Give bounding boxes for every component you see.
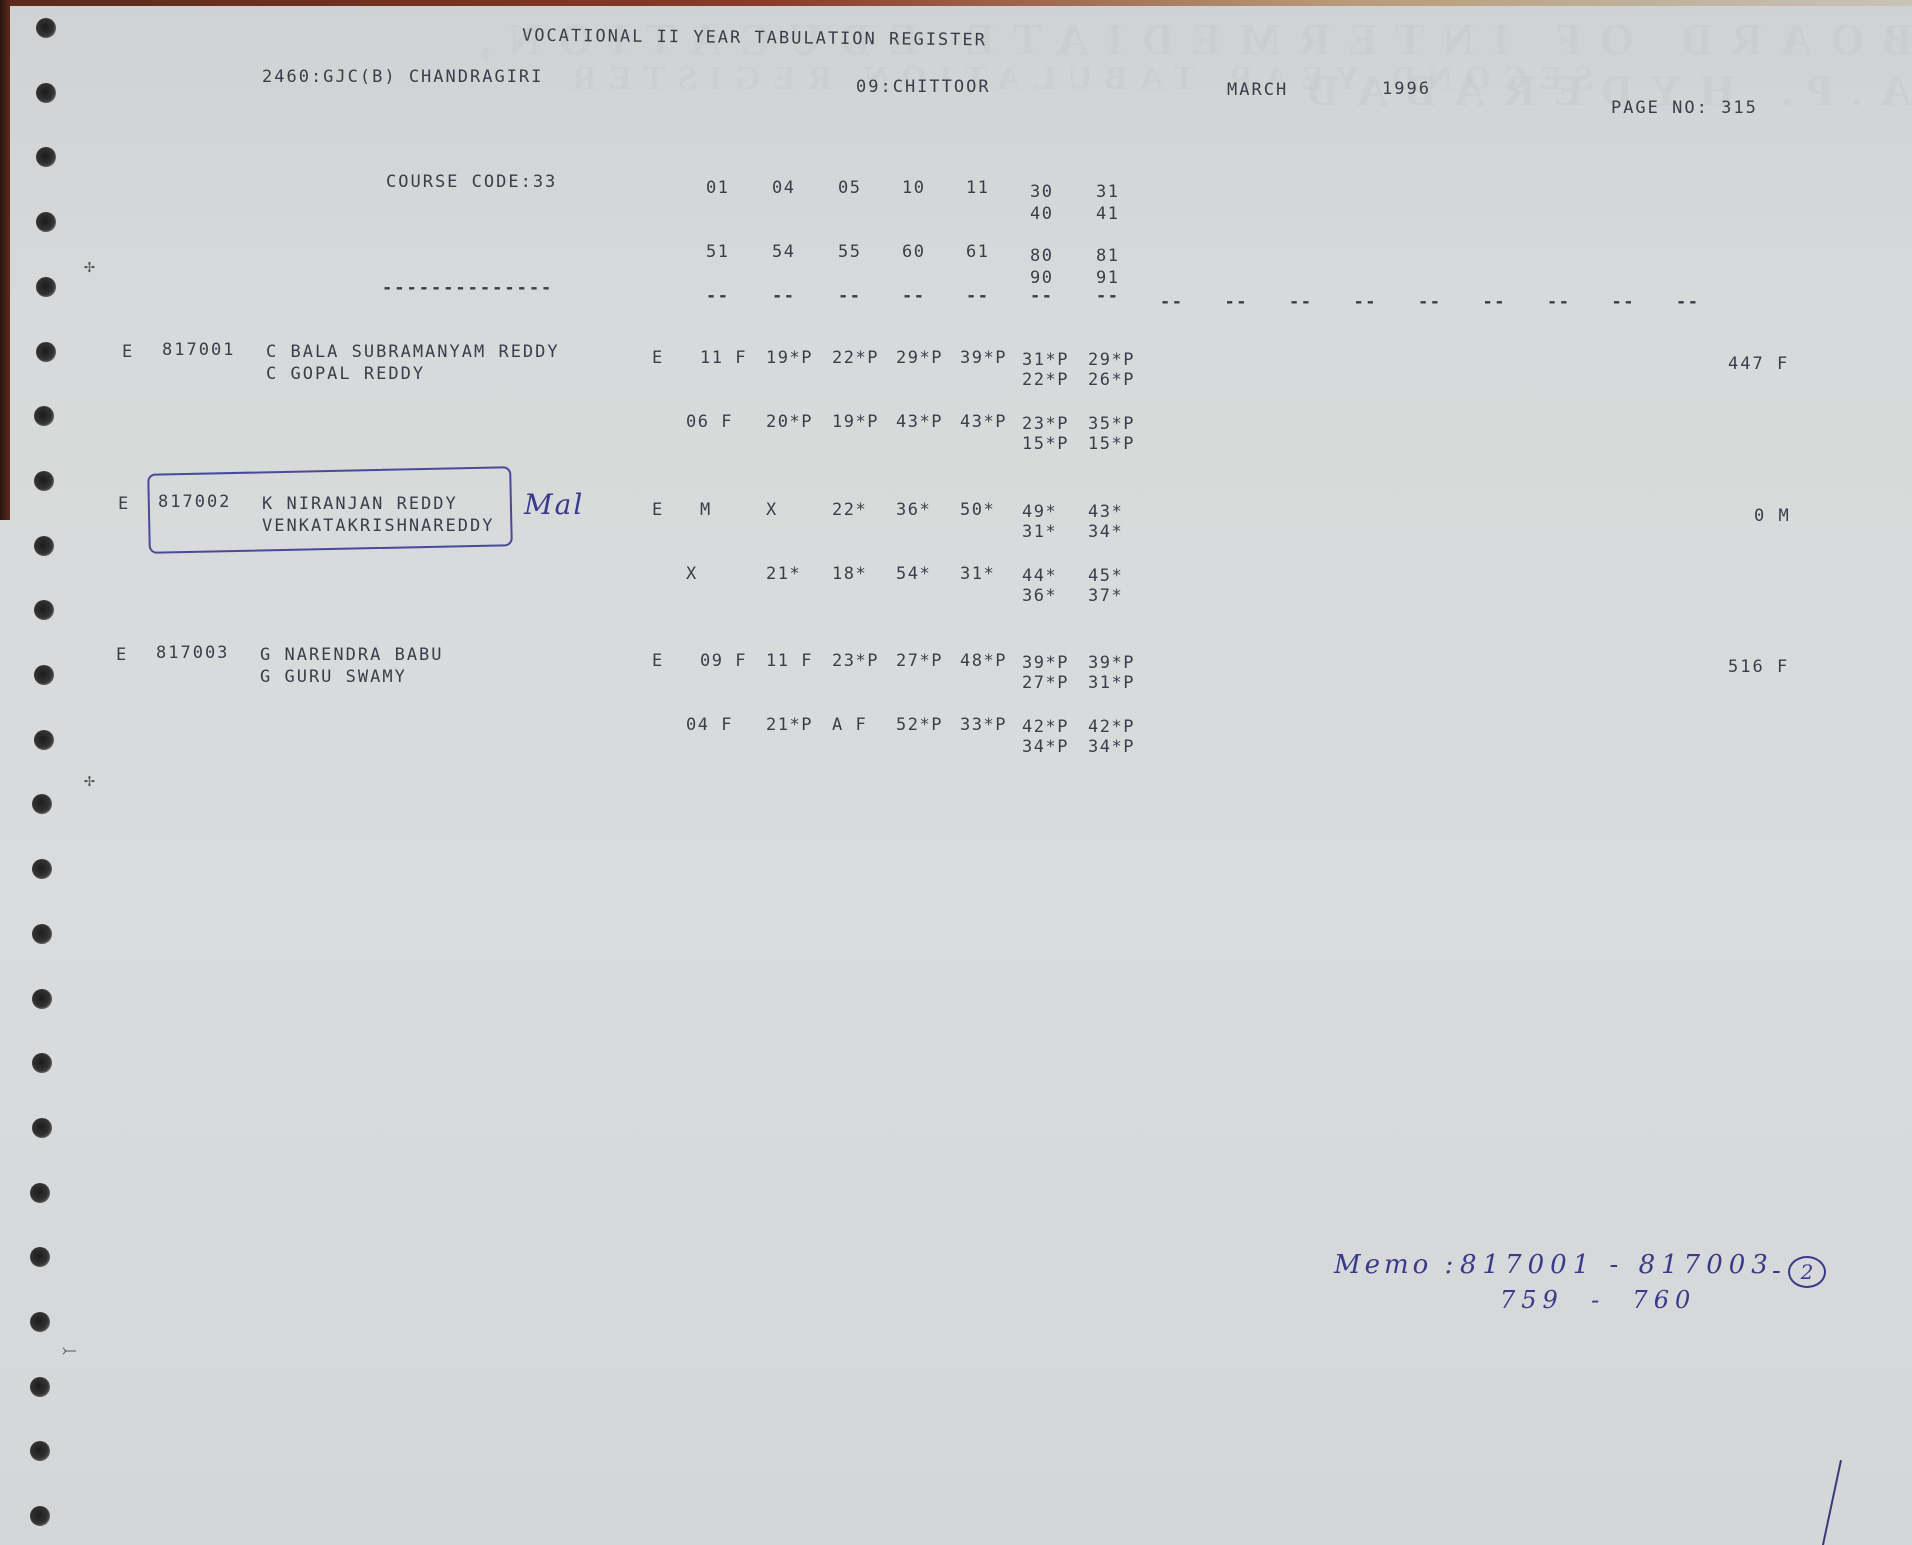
marks-cell: 23*P bbox=[832, 651, 879, 671]
dash-cell: -- bbox=[838, 286, 861, 306]
marks-cell: 18* bbox=[832, 564, 867, 584]
paper-tear-mark: ⤚ bbox=[62, 1340, 76, 1361]
dash-cell: -- bbox=[772, 286, 795, 306]
dash-cell: -- bbox=[1612, 292, 1635, 312]
marks-prefix: E bbox=[652, 348, 664, 368]
student-category: E bbox=[122, 342, 134, 362]
dash-cell: -- bbox=[902, 286, 925, 306]
marks-sub-cell: 36* bbox=[1022, 586, 1057, 606]
punch-hole bbox=[30, 1312, 50, 1332]
punch-hole bbox=[36, 277, 56, 297]
marks-sub-cell: 26*P bbox=[1088, 370, 1135, 390]
total-result: 516 F bbox=[1728, 657, 1789, 677]
dash-cell: -- bbox=[1225, 292, 1248, 312]
memo-label: Memo : bbox=[1334, 1250, 1457, 1280]
marks-cell: 54* bbox=[896, 564, 931, 584]
dash-cell: -- bbox=[1483, 292, 1506, 312]
subject-code: 81 bbox=[1096, 246, 1119, 266]
subject-code: 55 bbox=[838, 242, 861, 262]
total-result: 447 F bbox=[1728, 354, 1789, 374]
marks-sub-cell: 15*P bbox=[1022, 434, 1069, 454]
memo-count-circled: 2 bbox=[1788, 1256, 1826, 1288]
punch-hole bbox=[34, 471, 54, 491]
marks-sub-cell: 34*P bbox=[1088, 737, 1135, 757]
punch-hole bbox=[32, 924, 52, 944]
marks-cell: 42*P bbox=[1022, 717, 1069, 737]
pen-stroke bbox=[1821, 1460, 1842, 1545]
marks-cell: 27*P bbox=[896, 651, 943, 671]
marks-cell: 23*P bbox=[1022, 414, 1069, 434]
punch-hole bbox=[32, 1118, 52, 1138]
marks-cell: 43* bbox=[1088, 502, 1123, 522]
marks-sub-cell: 27*P bbox=[1022, 673, 1069, 693]
page-number-label: PAGE NO: 315 bbox=[1562, 78, 1758, 138]
subject-code: 51 bbox=[706, 242, 729, 262]
marks-prefix: E bbox=[652, 500, 664, 520]
page-label: PAGE NO: bbox=[1611, 98, 1709, 118]
exam-year: 1996 bbox=[1382, 79, 1431, 99]
dash-cell: -- bbox=[1547, 292, 1570, 312]
marks-cell: 09 F bbox=[700, 651, 747, 671]
dash-cell: -- bbox=[1354, 292, 1377, 312]
page-number: 315 bbox=[1721, 98, 1758, 118]
marks-cell: 43*P bbox=[896, 412, 943, 432]
student-category: E bbox=[116, 645, 128, 665]
college-code: 2460:GJC(B) CHANDRAGIRI bbox=[262, 67, 543, 87]
subject-code: 10 bbox=[902, 178, 925, 198]
paper-tear-mark: ✢ bbox=[84, 770, 95, 791]
punch-hole bbox=[34, 665, 54, 685]
dash-cell: -- bbox=[706, 286, 729, 306]
subject-sub-code: 41 bbox=[1096, 204, 1119, 224]
punch-hole bbox=[30, 1441, 50, 1461]
subject-code: 05 bbox=[838, 178, 861, 198]
hall-ticket-number: 817001 bbox=[162, 340, 235, 360]
district: 09:CHITTOOR bbox=[856, 77, 991, 97]
exam-month: MARCH bbox=[1227, 80, 1288, 100]
marks-sub-cell: 34*P bbox=[1022, 737, 1069, 757]
marks-cell: 44* bbox=[1022, 566, 1057, 586]
header-separator: -------------- bbox=[382, 278, 553, 298]
subject-code: 30 bbox=[1030, 182, 1053, 202]
marks-cell: 11 F bbox=[700, 348, 747, 368]
subject-code: 80 bbox=[1030, 246, 1053, 266]
marks-cell: 42*P bbox=[1088, 717, 1135, 737]
hall-ticket-number: 817003 bbox=[156, 643, 229, 663]
punch-hole bbox=[32, 1053, 52, 1073]
subject-code: 54 bbox=[772, 242, 795, 262]
marks-cell: 36* bbox=[896, 500, 931, 520]
marks-cell: 11 F bbox=[766, 651, 813, 671]
marks-cell: 33*P bbox=[960, 715, 1007, 735]
handwritten-box bbox=[147, 466, 513, 554]
marks-cell: A F bbox=[832, 715, 867, 735]
father-name: G GURU SWAMY bbox=[260, 667, 407, 687]
marks-cell: 22* bbox=[832, 500, 867, 520]
marks-cell: M bbox=[700, 500, 712, 520]
punch-hole bbox=[36, 18, 56, 38]
subject-code: 01 bbox=[706, 178, 729, 198]
marks-cell: 21* bbox=[766, 564, 801, 584]
marks-cell: 31*P bbox=[1022, 350, 1069, 370]
punch-hole bbox=[32, 989, 52, 1009]
dash-cell: -- bbox=[1096, 286, 1119, 306]
marks-cell: 19*P bbox=[766, 348, 813, 368]
total-result: 0 M bbox=[1754, 506, 1791, 526]
subject-code: 04 bbox=[772, 178, 795, 198]
watermark-line2: SECOND YEAR TABULATION REGISTER bbox=[560, 60, 1593, 98]
marks-cell: 39*P bbox=[1022, 653, 1069, 673]
punch-hole bbox=[30, 1377, 50, 1397]
paper-tear-mark: ✢ bbox=[84, 256, 95, 277]
student-name: G NARENDRA BABU bbox=[260, 645, 444, 665]
memo-dash: - bbox=[1772, 1256, 1787, 1286]
dash-cell: -- bbox=[966, 286, 989, 306]
dash-cell: -- bbox=[1030, 286, 1053, 306]
dash-cell: -- bbox=[1676, 292, 1699, 312]
punch-hole bbox=[30, 1506, 50, 1526]
punch-hole bbox=[32, 794, 52, 814]
page-top-edge bbox=[0, 0, 1912, 6]
punch-hole bbox=[36, 212, 56, 232]
dash-cell: -- bbox=[1160, 292, 1183, 312]
register-page: BOARD OF INTERMEDIATE EDUCATION, A.P. HY… bbox=[0, 0, 1912, 1545]
marks-cell: 48*P bbox=[960, 651, 1007, 671]
handwritten-mal-note: Mal bbox=[524, 488, 584, 521]
marks-prefix: E bbox=[652, 651, 664, 671]
dash-cell: -- bbox=[1418, 292, 1441, 312]
punch-hole bbox=[30, 1183, 50, 1203]
marks-sub-cell: 15*P bbox=[1088, 434, 1135, 454]
marks-cell: 29*P bbox=[1088, 350, 1135, 370]
memo-numbers: 759 - 760 bbox=[1500, 1286, 1696, 1314]
marks-sub-cell: 31*P bbox=[1088, 673, 1135, 693]
punch-hole bbox=[36, 342, 56, 362]
student-category: E bbox=[118, 494, 130, 514]
course-code: COURSE CODE:33 bbox=[386, 172, 557, 192]
marks-cell: 50* bbox=[960, 500, 995, 520]
marks-cell: X bbox=[686, 564, 698, 584]
marks-sub-cell: 37* bbox=[1088, 586, 1123, 606]
subject-sub-code: 40 bbox=[1030, 204, 1053, 224]
subject-code: 11 bbox=[966, 178, 989, 198]
marks-sub-cell: 22*P bbox=[1022, 370, 1069, 390]
marks-cell: 49* bbox=[1022, 502, 1057, 522]
father-name: C GOPAL REDDY bbox=[266, 364, 425, 384]
punch-hole bbox=[32, 859, 52, 879]
marks-sub-cell: 34* bbox=[1088, 522, 1123, 542]
marks-cell: 19*P bbox=[832, 412, 879, 432]
memo-range: 817001 - 817003 bbox=[1460, 1250, 1774, 1280]
subject-sub-code: 90 bbox=[1030, 268, 1053, 288]
marks-cell: 45* bbox=[1088, 566, 1123, 586]
subject-code: 61 bbox=[966, 242, 989, 262]
marks-cell: 39*P bbox=[1088, 653, 1135, 673]
punch-hole bbox=[36, 147, 56, 167]
marks-cell: 22*P bbox=[832, 348, 879, 368]
punch-hole bbox=[34, 600, 54, 620]
marks-cell: 21*P bbox=[766, 715, 813, 735]
subject-code: 31 bbox=[1096, 182, 1119, 202]
punch-hole bbox=[36, 83, 56, 103]
marks-cell: 29*P bbox=[896, 348, 943, 368]
marks-cell: 43*P bbox=[960, 412, 1007, 432]
marks-cell: 31* bbox=[960, 564, 995, 584]
page-left-edge bbox=[0, 0, 10, 520]
marks-cell: 39*P bbox=[960, 348, 1007, 368]
marks-cell: 04 F bbox=[686, 715, 733, 735]
marks-sub-cell: 31* bbox=[1022, 522, 1057, 542]
dash-cell: -- bbox=[1289, 292, 1312, 312]
subject-code: 60 bbox=[902, 242, 925, 262]
marks-cell: 20*P bbox=[766, 412, 813, 432]
student-name: C BALA SUBRAMANYAM REDDY bbox=[266, 342, 560, 362]
marks-cell: 52*P bbox=[896, 715, 943, 735]
subject-sub-code: 91 bbox=[1096, 268, 1119, 288]
punch-hole bbox=[34, 536, 54, 556]
punch-hole bbox=[34, 730, 54, 750]
marks-cell: 06 F bbox=[686, 412, 733, 432]
marks-cell: 35*P bbox=[1088, 414, 1135, 434]
punch-hole bbox=[34, 406, 54, 426]
punch-hole bbox=[30, 1247, 50, 1267]
marks-cell: X bbox=[766, 500, 778, 520]
